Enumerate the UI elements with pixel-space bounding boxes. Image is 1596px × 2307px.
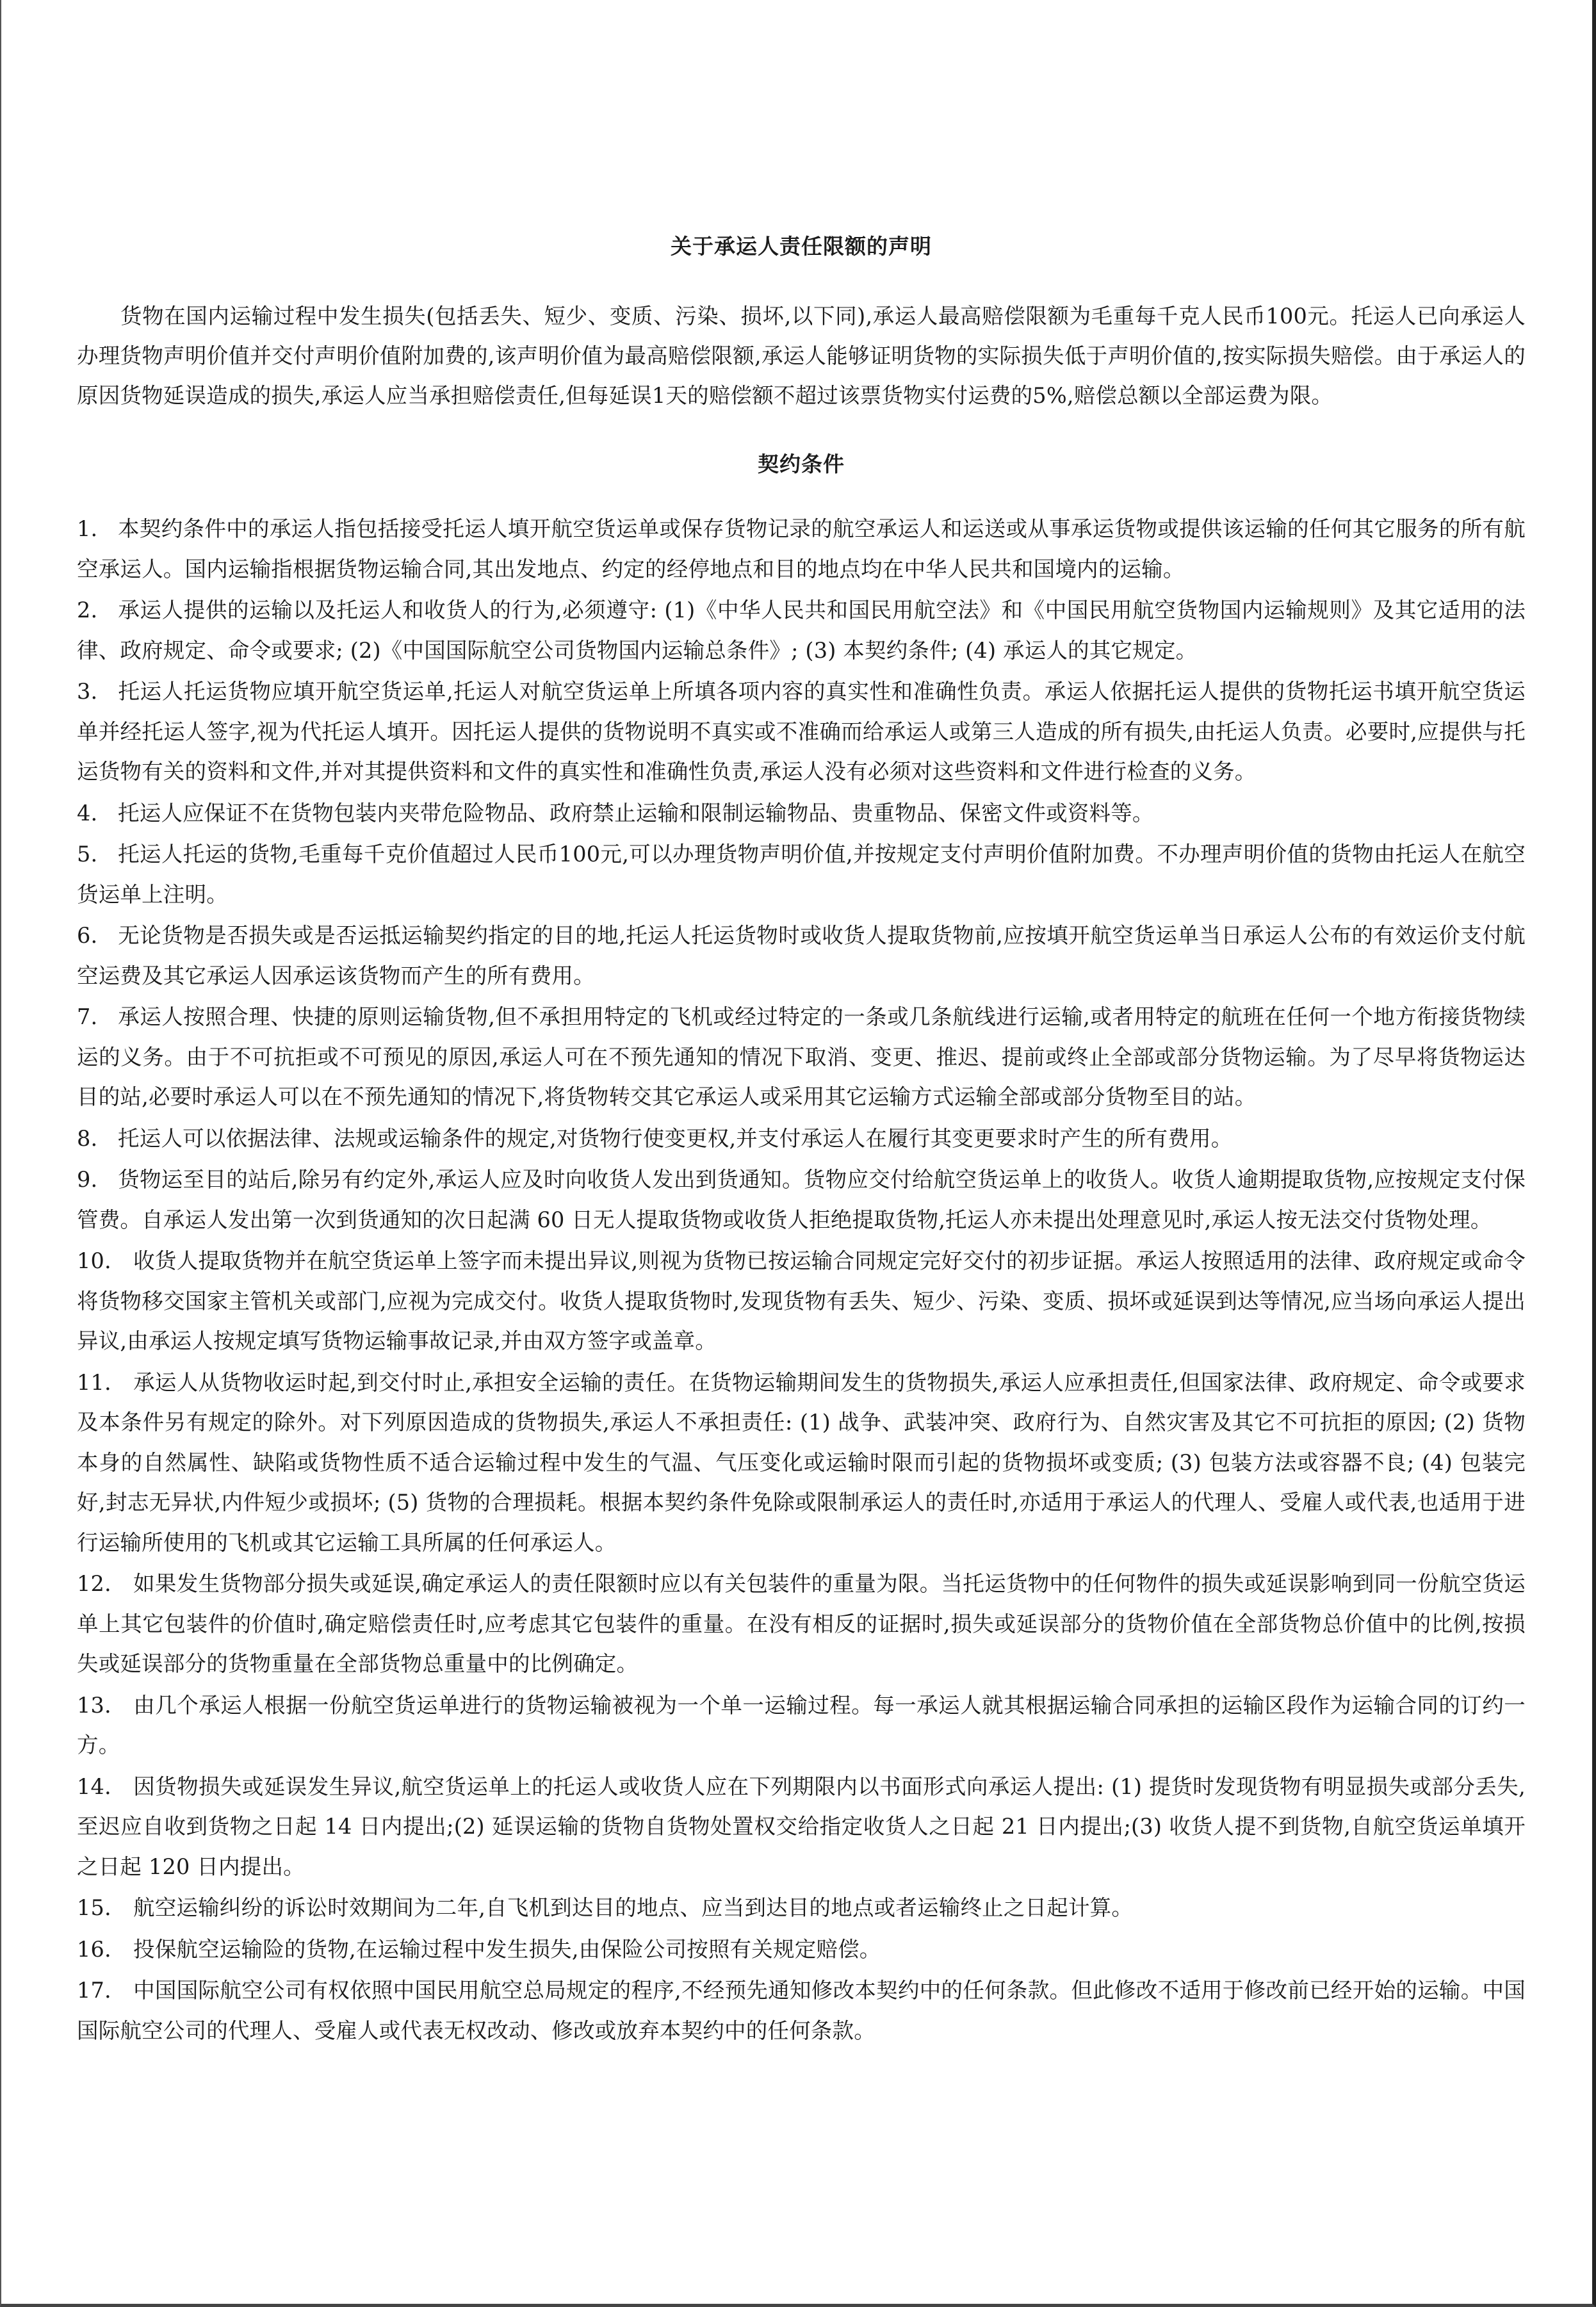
term-text: 本契约条件中的承运人指包括接受托运人填开航空货运单或保存货物记录的航空承运人和运… [77, 516, 1526, 582]
term-number: 4. [77, 794, 109, 834]
term-number: 12. [77, 1564, 124, 1604]
term-number: 3. [77, 672, 109, 712]
term-text: 托运人可以依据法律、法规或运输条件的规定,对货物行使变更权,并支付承运人在履行其… [118, 1126, 1232, 1151]
statement-title: 关于承运人责任限额的声明 [77, 227, 1526, 266]
term-text: 投保航空运输险的货物,在运输过程中发生损失,由保险公司按照有关规定赔偿。 [133, 1937, 881, 1962]
term-text: 因货物损失或延误发生异议,航空货运单上的托运人或收货人应在下列期限内以书面形式向… [77, 1774, 1526, 1879]
term-number: 14. [77, 1767, 124, 1807]
term-number: 1. [77, 509, 109, 550]
term-number: 13. [77, 1686, 124, 1726]
term-number: 8. [77, 1119, 109, 1159]
term-number: 15. [77, 1888, 124, 1928]
term-text: 托运人托运货物应填开航空货运单,托运人对航空货运单上所填各项内容的真实性和准确性… [77, 679, 1526, 784]
term-text: 货物运至目的站后,除另有约定外,承运人应及时向收货人发出到货通知。货物应交付给航… [77, 1167, 1526, 1232]
term-item-12: 12.如果发生货物部分损失或延误,确定承运人的责任限额时应以有关包装件的重量为限… [77, 1564, 1526, 1684]
term-item-5: 5.托运人托运的货物,毛重每千克价值超过人民币100元,可以办理货物声明价值,并… [77, 835, 1526, 915]
term-text: 承运人从货物收运时起,到交付时止,承担安全运输的责任。在货物运输期间发生的货物损… [77, 1370, 1526, 1555]
document-page: 关于承运人责任限额的声明 货物在国内运输过程中发生损失(包括丢失、短少、变质、污… [0, 0, 1596, 2307]
term-number: 17. [77, 1971, 124, 2011]
term-item-17: 17.中国国际航空公司有权依照中国民用航空总局规定的程序,不经预先通知修改本契约… [77, 1971, 1526, 2051]
term-text: 如果发生货物部分损失或延误,确定承运人的责任限额时应以有关包装件的重量为限。当托… [77, 1571, 1526, 1676]
term-text: 承运人提供的运输以及托运人和收货人的行为,必须遵守: (1)《中华人民共和国民用… [77, 598, 1526, 663]
term-text: 承运人按照合理、快捷的原则运输货物,但不承担用特定的飞机或经过特定的一条或几条航… [77, 1004, 1526, 1109]
term-text: 托运人托运的货物,毛重每千克价值超过人民币100元,可以办理货物声明价值,并按规… [77, 842, 1526, 907]
term-item-16: 16.投保航空运输险的货物,在运输过程中发生损失,由保险公司按照有关规定赔偿。 [77, 1930, 1526, 1970]
terms-title: 契约条件 [77, 444, 1526, 485]
term-item-6: 6.无论货物是否损失或是否运抵运输契约指定的目的地,托运人托运货物时或收货人提取… [77, 916, 1526, 996]
term-item-2: 2.承运人提供的运输以及托运人和收货人的行为,必须遵守: (1)《中华人民共和国… [77, 591, 1526, 671]
term-item-10: 10.收货人提取货物并在航空货运单上签字而未提出异议,则视为货物已按运输合同规定… [77, 1241, 1526, 1362]
term-text: 无论货物是否损失或是否运抵运输契约指定的目的地,托运人托运货物时或收货人提取货物… [77, 923, 1526, 988]
term-text: 由几个承运人根据一份航空货运单进行的货物运输被视为一个单一运输过程。每一承运人就… [77, 1693, 1526, 1758]
term-item-3: 3.托运人托运货物应填开航空货运单,托运人对航空货运单上所填各项内容的真实性和准… [77, 672, 1526, 792]
term-number: 7. [77, 997, 109, 1038]
term-item-9: 9.货物运至目的站后,除另有约定外,承运人应及时向收货人发出到货通知。货物应交付… [77, 1160, 1526, 1240]
term-number: 6. [77, 916, 109, 956]
term-item-13: 13.由几个承运人根据一份航空货运单进行的货物运输被视为一个单一运输过程。每一承… [77, 1686, 1526, 1766]
term-item-1: 1.本契约条件中的承运人指包括接受托运人填开航空货运单或保存货物记录的航空承运人… [77, 509, 1526, 589]
term-text: 托运人应保证不在货物包装内夹带危险物品、政府禁止运输和限制运输物品、贵重物品、保… [118, 801, 1154, 826]
term-number: 9. [77, 1160, 109, 1200]
term-item-11: 11.承运人从货物收运时起,到交付时止,承担安全运输的责任。在货物运输期间发生的… [77, 1363, 1526, 1563]
term-item-8: 8.托运人可以依据法律、法规或运输条件的规定,对货物行使变更权,并支付承运人在履… [77, 1119, 1526, 1159]
term-number: 2. [77, 591, 109, 631]
document-content: 关于承运人责任限额的声明 货物在国内运输过程中发生损失(包括丢失、短少、变质、污… [77, 227, 1526, 2052]
term-number: 11. [77, 1363, 124, 1403]
term-item-7: 7.承运人按照合理、快捷的原则运输货物,但不承担用特定的飞机或经过特定的一条或几… [77, 997, 1526, 1118]
term-text: 收货人提取货物并在航空货运单上签字而未提出异议,则视为货物已按运输合同规定完好交… [77, 1248, 1526, 1353]
statement-paragraph: 货物在国内运输过程中发生损失(包括丢失、短少、变质、污染、损坏,以下同),承运人… [77, 297, 1526, 416]
term-number: 5. [77, 835, 109, 875]
term-item-14: 14.因货物损失或延误发生异议,航空货运单上的托运人或收货人应在下列期限内以书面… [77, 1767, 1526, 1887]
term-number: 16. [77, 1930, 124, 1970]
term-item-15: 15.航空运输纠纷的诉讼时效期间为二年,自飞机到达目的地点、应当到达目的地点或者… [77, 1888, 1526, 1928]
term-text: 航空运输纠纷的诉讼时效期间为二年,自飞机到达目的地点、应当到达目的地点或者运输终… [133, 1895, 1133, 1920]
term-item-4: 4.托运人应保证不在货物包装内夹带危险物品、政府禁止运输和限制运输物品、贵重物品… [77, 794, 1526, 834]
term-text: 中国国际航空公司有权依照中国民用航空总局规定的程序,不经预先通知修改本契约中的任… [77, 1978, 1526, 2043]
term-number: 10. [77, 1241, 124, 1282]
terms-list: 1.本契约条件中的承运人指包括接受托运人填开航空货运单或保存货物记录的航空承运人… [77, 509, 1526, 2051]
